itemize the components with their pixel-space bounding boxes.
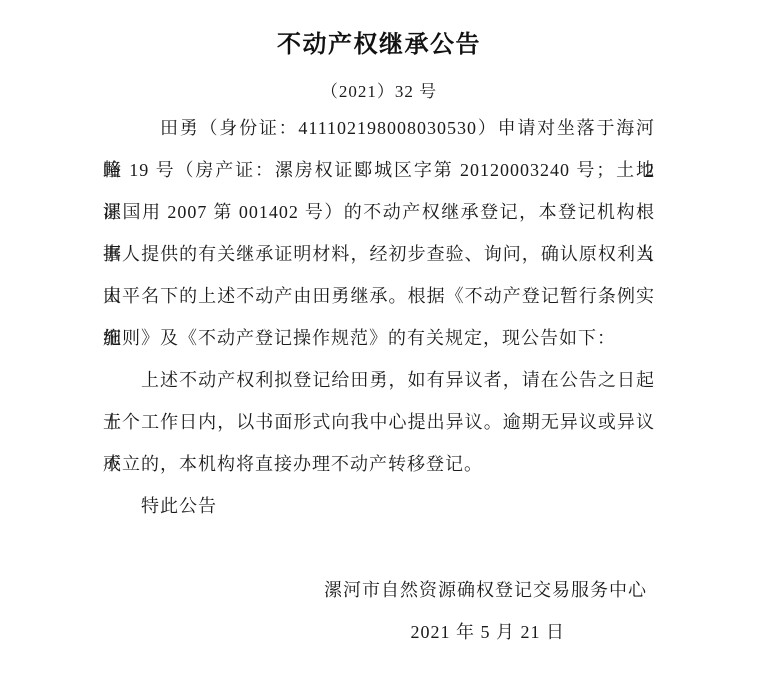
paragraph2-line-3: 成立的，本机构将直接办理不动产转移登记。 — [103, 443, 655, 485]
paragraph1-line-5: 太平名下的上述不动产由田勇继承。根据《不动产登记暂行条例实施 — [103, 275, 655, 317]
paragraph1-line-2: 幢 19 号（房产证：漯房权证郾城区字第 20120003240 号；土地证： — [103, 149, 655, 191]
document-body: 田勇（身份证：411102198008030530）申请对坐落于海河路 2 幢 … — [103, 107, 655, 653]
paragraph1-line-1: 田勇（身份证：411102198008030530）申请对坐落于海河路 2 — [103, 107, 655, 149]
paragraph1-line-4: 事人提供的有关继承证明材料，经初步查验、询问，确认原权利人田 — [103, 233, 655, 275]
announcement-document: 不动产权继承公告 （2021）32 号 田勇（身份证：4111021980080… — [0, 0, 758, 682]
closing-statement: 特此公告 — [103, 485, 655, 527]
document-title: 不动产权继承公告 — [0, 30, 758, 60]
issuer-signature: 漯河市自然资源确权登记交易服务中心 — [103, 569, 655, 611]
document-number: （2021）32 号 — [0, 80, 758, 104]
issue-date: 2021 年 5 月 21 日 — [103, 611, 655, 653]
paragraph1-line-6: 细则》及《不动产登记操作规范》的有关规定，现公告如下： — [103, 317, 655, 359]
paragraph2-line-2: 五个工作日内，以书面形式向我中心提出异议。逾期无异议或异议不 — [103, 401, 655, 443]
paragraph2-line-1: 上述不动产权利拟登记给田勇，如有异议者，请在公告之日起十 — [103, 359, 655, 401]
paragraph1-line-3: 漯国用 2007 第 001402 号）的不动产权继承登记，本登记机构根据当 — [103, 191, 655, 233]
